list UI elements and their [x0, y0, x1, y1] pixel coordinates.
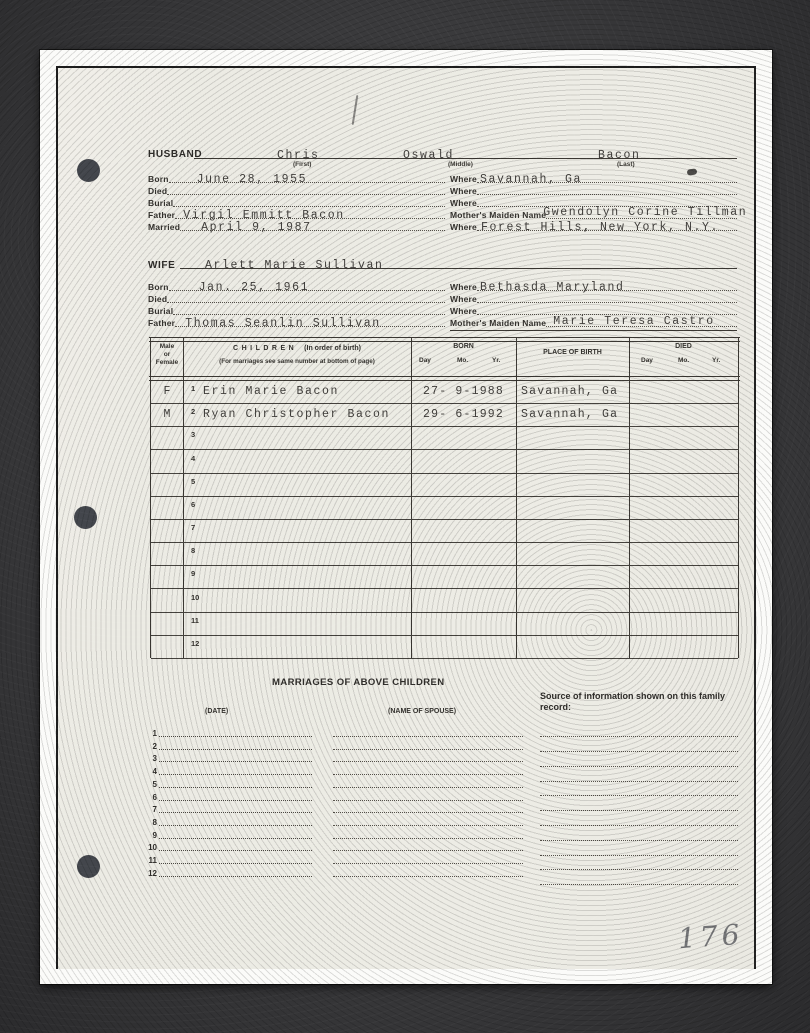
marriage-spouse-line: [333, 814, 523, 826]
source-label: Source of information shown on this fami…: [540, 691, 738, 714]
source-line: [540, 737, 738, 752]
marriage-row-number: 9: [145, 831, 157, 840]
marriage-spouse-line: [333, 776, 523, 788]
handwritten-page-number: 176: [677, 918, 745, 955]
marriage-date-line: [159, 852, 312, 864]
source-line: [540, 811, 738, 826]
marriage-date-line: [159, 738, 312, 750]
marriage-row-number: 11: [145, 856, 157, 865]
marriage-spouse-line: [333, 763, 523, 775]
field-label: Married: [148, 223, 180, 232]
husband-name-rule: Chris Oswald Bacon: [194, 146, 737, 159]
marriage-row-5: 5: [145, 776, 545, 787]
marriage-row-1: 1: [145, 725, 545, 736]
child-number: 4: [191, 454, 195, 463]
died-column-header: DIED: [629, 343, 738, 351]
marriage-date-line: [159, 801, 312, 813]
wife-section-bottom-rule: [450, 330, 737, 331]
source-line: [540, 767, 738, 782]
field-label: Where: [450, 175, 477, 184]
wife-section-label: WIFE: [148, 260, 175, 271]
child-birthplace: Savannah, Ga: [521, 408, 618, 421]
field-label: Burial: [148, 199, 173, 208]
marriage-row-3: 3: [145, 750, 545, 761]
children-heading-note: (In order of birth): [304, 345, 361, 352]
marriage-spouse-line: [333, 852, 523, 864]
marriage-row-9: 9: [145, 827, 545, 838]
field-label: Where: [450, 187, 477, 196]
field-label: Born: [148, 283, 169, 292]
marriage-row-number: 7: [145, 805, 157, 814]
husband-married-where-field: Where Forest Hills, New York, N.Y.: [450, 219, 737, 231]
marriage-spouse-line: [333, 789, 523, 801]
husband-mother-value: Gwendolyn Corine Tillman: [543, 207, 747, 219]
born-day-header: Day: [419, 357, 431, 365]
marriage-spouse-line: [333, 750, 523, 762]
field-label: Father: [148, 211, 175, 220]
middle-caption: (Middle): [448, 161, 473, 168]
wife-name-line: Arlett Marie Sullivan: [180, 257, 737, 269]
source-line: [540, 752, 738, 767]
wife-father-field: Father Thomas Seanlin Sullivan: [148, 315, 445, 327]
source-line: [540, 870, 738, 885]
last-caption: (Last): [617, 161, 635, 168]
source-line: [540, 856, 738, 871]
marriage-date-line: [159, 789, 312, 801]
marriage-row-number: 6: [145, 793, 157, 802]
marriage-row-10: 10: [145, 839, 545, 850]
field-label: Where: [450, 307, 477, 316]
child-number: 10: [191, 593, 199, 602]
source-section: Source of information shown on this fami…: [540, 691, 738, 885]
child-name: Ryan Christopher Bacon: [203, 408, 390, 421]
child-number: 1: [191, 384, 195, 393]
field-label: Born: [148, 175, 169, 184]
child-row-11: 11: [151, 612, 738, 636]
marriage-row-number: 8: [145, 818, 157, 827]
child-row-7: 7: [151, 519, 738, 543]
child-number: 9: [191, 569, 195, 578]
born-mo-header: Mo.: [457, 357, 468, 365]
child-row-4: 4: [151, 450, 738, 474]
first-caption: (First): [293, 161, 311, 168]
source-lines: [540, 723, 738, 886]
source-line: [540, 796, 738, 811]
born-column-header: BORN: [411, 343, 516, 351]
marriage-spouse-line: [333, 839, 523, 851]
field-label: Burial: [148, 307, 173, 316]
child-row-1: F 1 Erin Marie Bacon 27- 9-1988 Savannah…: [151, 380, 738, 404]
child-sex: F: [151, 385, 183, 398]
husband-name-line: Chris Oswald Bacon: [194, 147, 737, 159]
marriage-row-number: 3: [145, 754, 157, 763]
field-label: Died: [148, 295, 167, 304]
source-line: [540, 826, 738, 841]
marriage-row-number: 10: [145, 843, 157, 852]
marriage-spouse-line: [333, 738, 523, 750]
died-mo-header: Mo.: [678, 357, 689, 365]
marriage-spouse-line: [333, 725, 523, 737]
children-column-subheader: (For marriages see same number at bottom…: [183, 358, 411, 366]
child-birthplace: Savannah, Ga: [521, 385, 618, 398]
born-yr-header: Yr.: [492, 357, 500, 365]
marriage-date-line: [159, 776, 312, 788]
child-row-2: M 2 Ryan Christopher Bacon 29- 6-1992 Sa…: [151, 403, 738, 427]
spouse-caption: (NAME OF SPOUSE): [388, 708, 456, 715]
child-number: 5: [191, 477, 195, 486]
children-heading: CHILDREN: [233, 345, 297, 352]
died-yr-header: Yr.: [712, 357, 720, 365]
marriage-row-4: 4: [145, 763, 545, 774]
marriage-row-2: 2: [145, 738, 545, 749]
marriage-spouse-line: [333, 865, 523, 877]
child-row-6: 6: [151, 496, 738, 520]
marriage-spouse-line: [333, 801, 523, 813]
marriage-row-number: 12: [145, 869, 157, 878]
child-number: 7: [191, 523, 195, 532]
source-line: [540, 723, 738, 738]
died-day-header: Day: [641, 357, 653, 365]
marriage-row-number: 1: [145, 729, 157, 738]
marriage-row-8: 8: [145, 814, 545, 825]
dotted-rule: Thomas Seanlin Sullivan: [175, 314, 445, 327]
marriage-row-7: 7: [145, 801, 545, 812]
child-number: 6: [191, 500, 195, 509]
sex-column-header: Male or Female: [151, 343, 183, 366]
child-number: 12: [191, 639, 199, 648]
child-born-date: 29- 6-1992: [423, 408, 504, 421]
child-row-5: 5: [151, 473, 738, 497]
child-number: 3: [191, 430, 195, 439]
photo-background: HUSBAND Chris Oswald Bacon (First) (Midd…: [0, 0, 810, 1033]
marriage-row-number: 5: [145, 780, 157, 789]
marriage-row-6: 6: [145, 789, 545, 800]
marriages-title: MARRIAGES OF ABOVE CHILDREN: [272, 677, 444, 688]
field-label: Father: [148, 319, 175, 328]
child-name: Erin Marie Bacon: [203, 385, 339, 398]
marriage-date-line: [159, 750, 312, 762]
field-label: Mother's Maiden Name: [450, 319, 546, 328]
wife-mother-field: Mother's Maiden Name Marie Teresa Castro: [450, 315, 737, 327]
child-number: 8: [191, 546, 195, 555]
husband-middle-name: Oswald: [403, 150, 454, 162]
field-label: Where: [450, 199, 477, 208]
table-top-rule: [149, 337, 740, 342]
children-table: Male or Female CHILDREN (In order of bir…: [150, 337, 739, 658]
wife-mother-value: Marie Teresa Castro: [553, 316, 715, 328]
marriage-date-line: [159, 814, 312, 826]
child-row-12: 12: [151, 635, 738, 659]
husband-married-field: Married April 9, 1987: [148, 219, 445, 231]
husband-first-name: Chris: [277, 150, 320, 162]
field-label: Died: [148, 187, 167, 196]
marriage-date-line: [159, 763, 312, 775]
hole-punch-top: [77, 159, 100, 182]
date-caption: (DATE): [205, 708, 228, 715]
child-row-3: 3: [151, 426, 738, 450]
marriage-row-number: 2: [145, 742, 157, 751]
husband-married-where-value: Forest Hills, New York, N.Y.: [481, 222, 719, 234]
source-line: [540, 841, 738, 856]
children-column-header: CHILDREN (In order of birth): [183, 345, 411, 353]
wife-father-value: Thomas Seanlin Sullivan: [185, 318, 381, 330]
wife-name-rule: Arlett Marie Sullivan: [180, 256, 737, 269]
marriage-date-line: [159, 827, 312, 839]
marriage-date-line: [159, 865, 312, 877]
child-row-9: 9: [151, 565, 738, 589]
dotted-rule: April 9, 1987: [180, 218, 445, 231]
husband-last-name: Bacon: [598, 150, 641, 162]
marriage-spouse-line: [333, 827, 523, 839]
marriage-row-11: 11: [145, 852, 545, 863]
place-column-header: PLACE OF BIRTH: [516, 349, 629, 357]
wife-name: Arlett Marie Sullivan: [205, 260, 384, 272]
hole-punch-bottom: [77, 855, 100, 878]
child-number: 2: [191, 407, 195, 416]
marriages-section: MARRIAGES OF ABOVE CHILDREN (DATE) (NAME…: [145, 677, 545, 899]
child-row-8: 8: [151, 542, 738, 566]
marriage-date-line: [159, 839, 312, 851]
child-number: 11: [191, 616, 199, 625]
field-label: Where: [450, 223, 477, 232]
field-label: Where: [450, 295, 477, 304]
marriage-row-12: 12: [145, 865, 545, 876]
source-line: [540, 782, 738, 797]
husband-married-value: April 9, 1987: [201, 222, 312, 234]
child-born-date: 27- 9-1988: [423, 385, 504, 398]
marriage-date-line: [159, 725, 312, 737]
field-label: Where: [450, 283, 477, 292]
marriage-row-number: 4: [145, 767, 157, 776]
child-row-10: 10: [151, 589, 738, 613]
dotted-rule: Marie Teresa Castro: [546, 314, 737, 327]
dotted-rule: Forest Hills, New York, N.Y.: [477, 218, 737, 231]
hole-punch-middle: [74, 506, 97, 529]
child-sex: M: [151, 408, 183, 421]
